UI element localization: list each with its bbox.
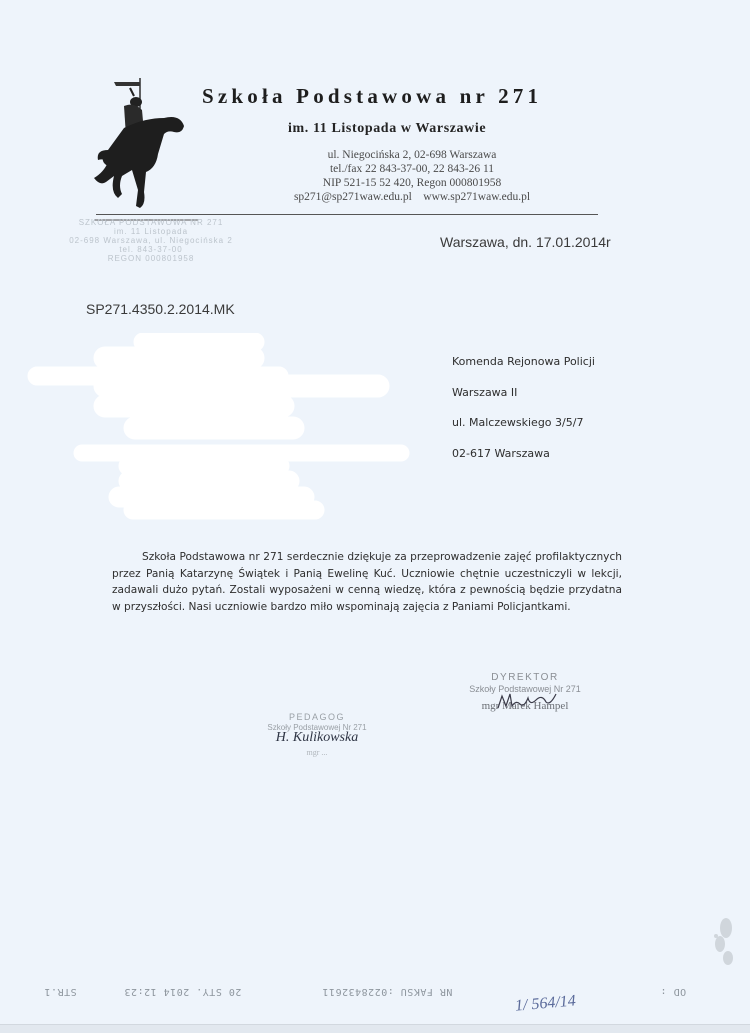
stamp-line: tel. 843-37-00 — [66, 245, 236, 254]
director-title: DYREKTOR — [460, 672, 590, 683]
pedagog-title: PEDAGOG — [252, 712, 382, 722]
recipient-line: Komenda Rejonowa Policji — [452, 355, 595, 386]
letter-date: Warszawa, dn. 17.01.2014r — [440, 234, 611, 250]
fax-from: OD : — [660, 986, 686, 997]
contact-phone: tel./fax 22 843-37-00, 22 843-26 11 — [262, 162, 562, 176]
letterhead-divider — [96, 214, 598, 215]
letter-body: Szkoła Podstawowa nr 271 serdecznie dzię… — [112, 549, 622, 615]
redaction-mark — [14, 333, 414, 525]
stamp-line: SZKOŁA PODSTAWOWA NR 271 — [66, 218, 236, 227]
pedagog-signature: PEDAGOG Szkoły Podstawowej Nr 271 H. Kul… — [252, 712, 382, 757]
recipient-line: ul. Malczewskiego 3/5/7 — [452, 416, 595, 447]
pedagog-handwritten-signature: H. Kulikowska — [252, 730, 382, 746]
stamp-line: im. 11 Listopada — [66, 227, 236, 236]
director-handwritten-signature — [494, 692, 574, 710]
recipient-address: Komenda Rejonowa Policji Warszawa II ul.… — [452, 355, 595, 477]
school-stamp-faded: SZKOŁA PODSTAWOWA NR 271 im. 11 Listopad… — [66, 218, 236, 263]
contact-tax-ids: NIP 521-15 52 420, Regon 000801958 — [262, 176, 562, 190]
school-contact: ul. Niegocińska 2, 02-698 Warszawa tel./… — [262, 148, 562, 204]
stamp-line: REGON 000801958 — [66, 254, 236, 263]
fax-timestamp: 20 STY. 2014 12:23 — [124, 986, 241, 997]
body-paragraph: Szkoła Podstawowa nr 271 serdecznie dzię… — [112, 551, 622, 613]
school-subtitle: im. 11 Listopada w Warszawie — [288, 121, 486, 137]
reference-number: SP271.4350.2.2014.MK — [86, 301, 235, 317]
director-signature: DYREKTOR Szkoły Podstawowej Nr 271 mgr M… — [460, 672, 590, 712]
recipient-line: Warszawa II — [452, 386, 595, 417]
fax-number: NR FAKSU :0228432611 — [322, 986, 452, 997]
page-bottom-edge — [0, 1024, 750, 1033]
cavalryman-logo-icon — [94, 76, 198, 222]
scan-smudge — [708, 908, 738, 972]
stamp-line: 02-698 Warszawa, ul. Niegocińska 2 — [66, 236, 236, 245]
fax-transmission-header: STR.1 20 STY. 2014 12:23 NR FAKSU :02284… — [0, 986, 750, 1002]
contact-address: ul. Niegocińska 2, 02-698 Warszawa — [262, 148, 562, 162]
handwritten-registry-number: 1/ 564/14 — [514, 992, 576, 1015]
fax-page: STR.1 — [44, 986, 77, 997]
pedagog-name: mgr ... — [252, 748, 382, 757]
school-name: Szkoła Podstawowa nr 271 — [202, 84, 542, 109]
contact-email-web: sp271@sp271waw.edu.pl www.sp271waw.edu.p… — [262, 190, 562, 204]
recipient-line: 02-617 Warszawa — [452, 447, 595, 478]
